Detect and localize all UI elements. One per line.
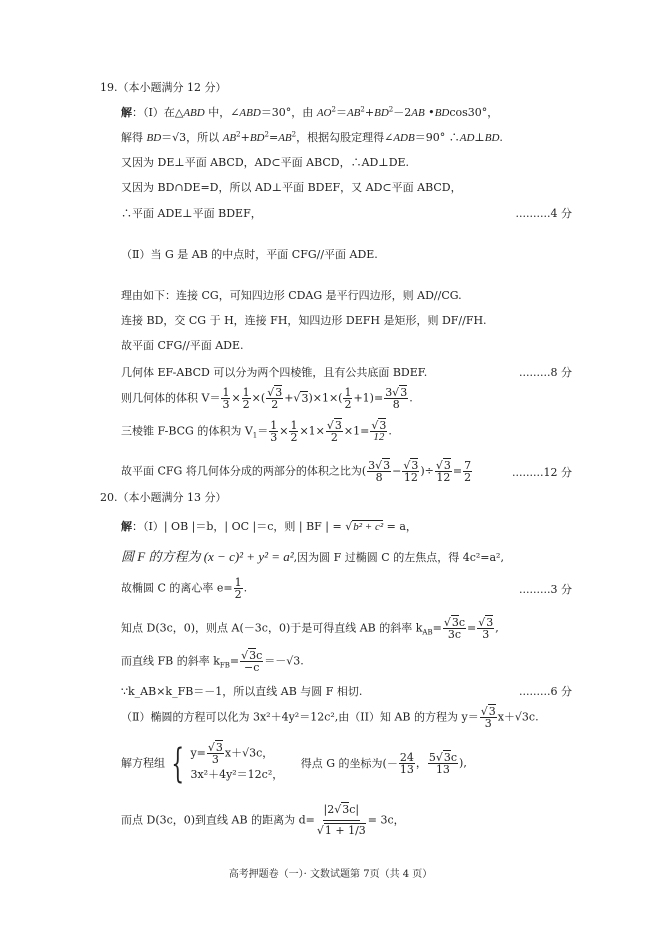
q19-line-2: 解得 BD＝√3，所以 AB2+BD2=AB2，根据勾股定理得∠ADB＝90° … [121,131,503,145]
page-footer: 高考押题卷（一）· 文数试题第 7页（共 4 页） [0,868,661,882]
q19-line-4: 又因为 BD∩DE=D，所以 AD⊥平面 BDEF，又 AD⊂平面 ABCD， [121,181,462,195]
score-12: .........12 分 [512,466,572,480]
q20-line-3: 故椭圆 C 的离心率 e=12. [121,577,247,600]
q20-header: 20.（本小题满分 13 分） [100,491,226,505]
q19-line-7: 理由如下：连接 CG，可知四边形 CDAG 是平行四边形，则 AD//CG. [121,289,462,303]
q19-part2-claim: （Ⅱ）当 G 是 AB 的中点时，平面 CFG//平面 ADE. [121,248,378,262]
score-3: .........3 分 [519,583,572,597]
q20-line-2: 圆 F 的方程为 (x − c)² + y² = a²,因为圆 F 过椭圆 C … [121,550,504,565]
q20-line-6: ∵k_AB×k_FB＝－1，所以直线 AB 与圆 F 相切. [121,685,362,699]
score-4: ..........4 分 [516,207,572,221]
q19-line-9: 故平面 CFG//平面 ADE. [121,339,244,353]
q20-line-1: 解：（Ⅰ）| OB |＝b，| OC |＝c，则 | BF | = √b² + … [121,520,417,534]
score-6: .........6 分 [519,685,572,699]
q19-v1-formula: 三棱锥 F-BCG 的体积为 V1＝13×12×1×√32×1=√312. [121,420,392,443]
jie-label: 解 [121,106,132,119]
q20-line-7: （Ⅱ）椭圆的方程可以化为 3x²＋4y²＝12c²,由（II）知 AB 的方程为… [121,706,539,729]
q20-line-4: 知点 D(3c，0)，则点 A(－3c，0)于是可得直线 AB 的斜率 kAB=… [121,617,499,640]
q20-line-8: 解方程组{y=√33x＋√3c，3x²＋4y²＝12c²， 得点 G 的坐标为(… [121,742,467,785]
q19-line-8: 连接 BD，交 CG 于 H，连接 FH，知四边形 DEFH 是矩形，则 DF/… [121,314,487,328]
jie-label: 解 [121,520,132,533]
q19-line-5: ∴平面 ADE⊥平面 BDEF， [121,207,262,221]
q19-line-3: 又因为 DE⊥平面 ABCD，AD⊂平面 ABCD，∴AD⊥DE. [121,156,409,170]
q19-line-1: 解：（Ⅰ）在△ABD 中，∠ABD＝30°，由 AO2＝AB2+BD2－2AB … [121,106,498,120]
q20-line-9: 而点 D(3c，0)到直线 AB 的距离为 d=|2√3c|√1 + 1/3= … [121,800,405,841]
score-8: .........8 分 [519,366,572,380]
q19-volume-formula: 则几何体的体积 V＝13×12×(√32+√3)×1×(12+1)=3√38. [121,387,413,410]
q20-line-5: 而直线 FB 的斜率 kFB=√3c−c＝－√3. [121,650,304,673]
q19-ratio-formula: 故平面 CFG 将几何体分成的两部分的体积之比为(3√38−√312)÷√312… [121,460,473,483]
q19-header: 19.（本小题满分 12 分） [100,81,226,95]
q19-line-10: 几何体 EF-ABCD 可以分为两个四棱锥，且有公共底面 BDEF. [121,366,427,380]
